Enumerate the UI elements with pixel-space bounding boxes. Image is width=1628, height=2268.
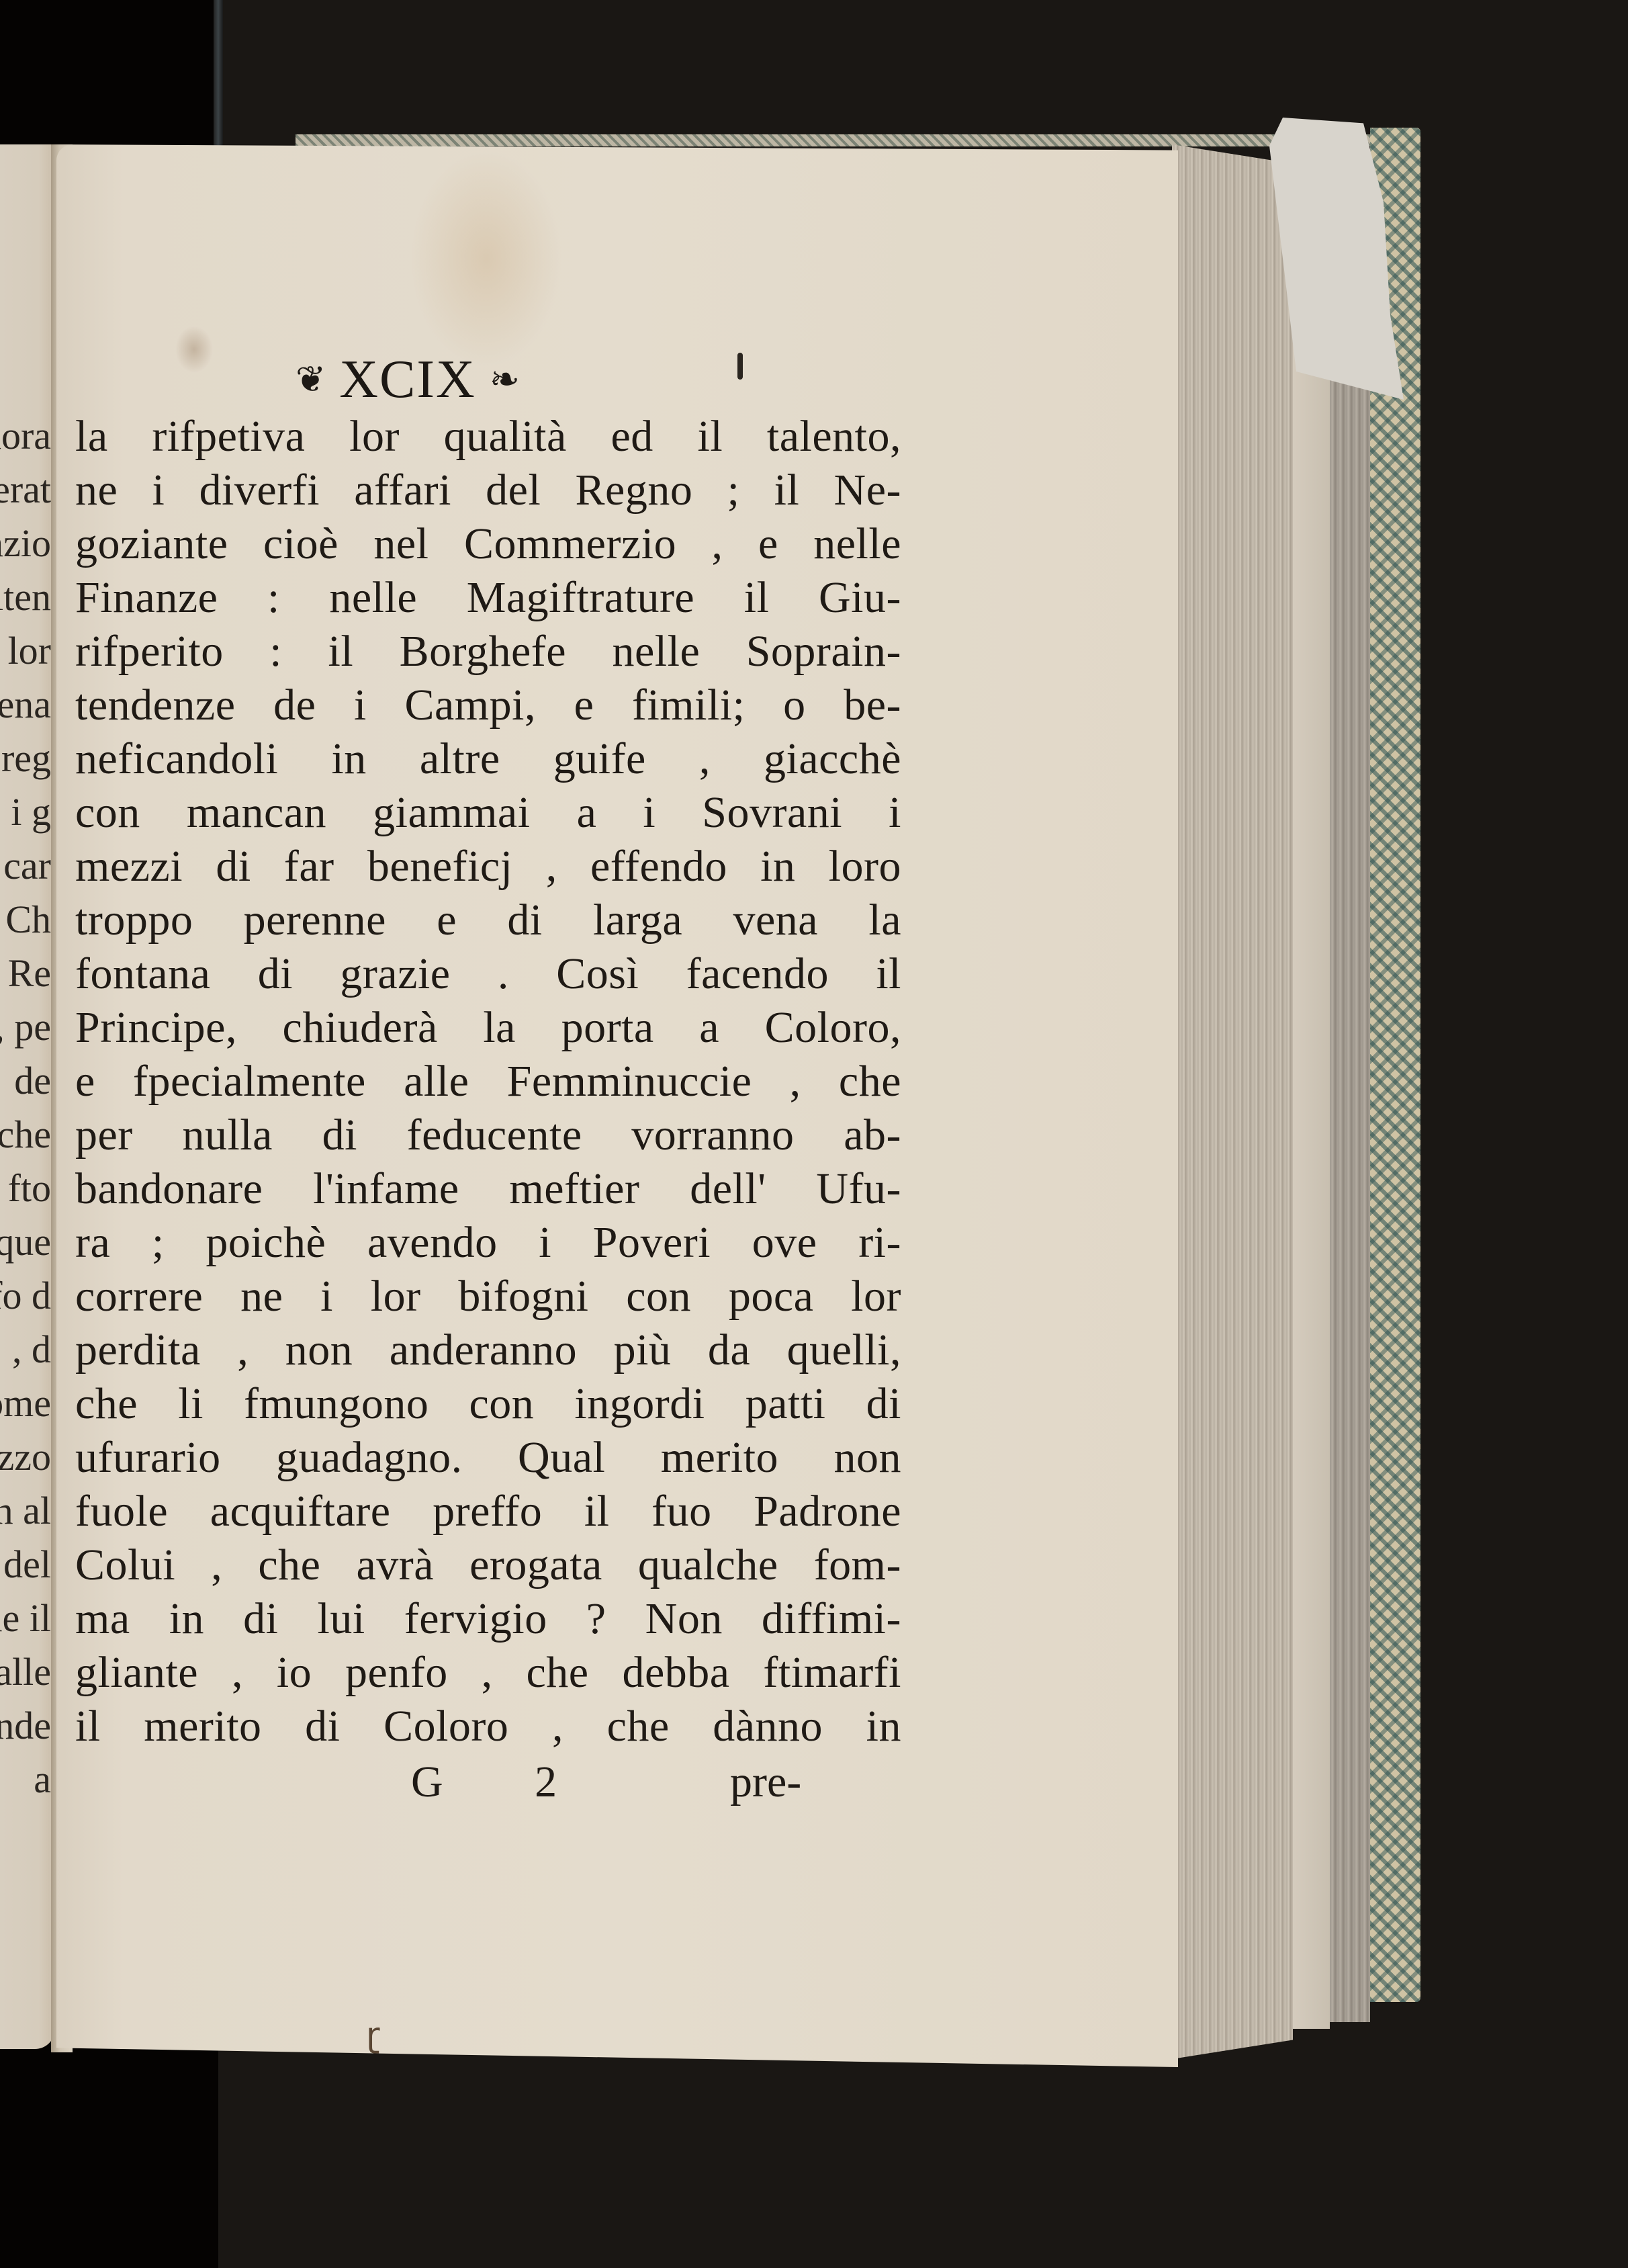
facing-page-fragment: , d (12, 1330, 51, 1369)
facing-page-fragment: nzio (0, 524, 51, 563)
marbled-cover-edge (1370, 128, 1420, 2002)
facing-page-fragment: que (0, 1223, 51, 1262)
text-line: gliante , io penfo , che debba ftimarfi (75, 1646, 901, 1700)
text-line: ma in di lui fervigio ? Non diffimi- (75, 1592, 901, 1646)
facing-page-fragment: alle (0, 1653, 51, 1692)
stray-ink-mark (737, 353, 743, 380)
text-line: fuole acquiftare preffo il fuo Padrone (75, 1485, 901, 1538)
ornament-right-icon: ❧ (490, 361, 520, 398)
text-line: tendenze de i Campi, e fimili; o be- (75, 679, 901, 732)
facing-page-fragment: fo d (0, 1276, 51, 1315)
page-block-edge-middle (1290, 161, 1330, 2029)
catchword: pre- (730, 1757, 801, 1808)
facing-page-fragment: o del (0, 1545, 51, 1584)
text-line: il merito di Coloro , che dànno in (75, 1700, 901, 1753)
running-header: ❦ XCIX ❧ (296, 349, 520, 410)
ornament-left-icon: ❦ (296, 361, 326, 398)
facing-page-fragment: ezzo (0, 1438, 51, 1477)
text-line: mezzi di far beneficj , effendo in loro (75, 840, 901, 893)
text-line: correre ne i lor bifogni con poca lor (75, 1270, 901, 1323)
text-line: goziante cioè nel Commerzio , e nelle (75, 517, 901, 571)
facing-page-fragment: lor (8, 631, 51, 670)
facing-page-fragment: car (3, 846, 51, 885)
facing-page-fragment: che (0, 1115, 51, 1154)
facing-page-fragment: Re (8, 954, 51, 993)
text-line: rifperito : il Borghefe nelle Soprain- (75, 625, 901, 679)
facing-page-fragment: i g (11, 793, 51, 832)
text-line: Colui , che avrà erogata qualche fom- (75, 1538, 901, 1592)
text-line: ufurario guadagno. Qual merito non (75, 1431, 901, 1485)
facing-page-fragment: a (34, 1760, 51, 1799)
facing-page: noraeratnzioritenlorenaoregi gcarChRe, p… (0, 144, 55, 2049)
facing-page-fragment: n al (0, 1491, 51, 1530)
glass-plate-edge (214, 0, 223, 148)
facing-page-fragment: oreg (0, 739, 51, 778)
pencil-margin-mark: ɽ (366, 2015, 380, 2054)
marbled-cover-top (296, 134, 1384, 146)
facing-page-fragment: erat (0, 470, 51, 509)
text-line: che li fmungono con ingordi patti di (75, 1377, 901, 1431)
page-footer: G 2 pre- (75, 1757, 901, 1811)
text-line: e fpecialmente alle Femminuccie , che (75, 1055, 901, 1108)
facing-page-fragment: come (0, 1384, 51, 1423)
page-block-edge (1172, 144, 1293, 2059)
page-block-edge-outer (1330, 168, 1370, 2022)
facing-page-fragment: Ch (5, 900, 51, 939)
facing-page-fragment: nora (0, 417, 51, 455)
text-line: perdita , non anderanno più da quelli, (75, 1323, 901, 1377)
text-line: bandonare l'infame meftier dell' Ufu- (75, 1162, 901, 1216)
body-text: la rifpetiva lor qualità ed il talento, … (75, 410, 901, 1753)
text-line: Finanze : nelle Magiftrature il Giu- (75, 571, 901, 625)
text-line: troppo perenne e di larga vena la (75, 893, 901, 947)
text-line: ra ; poichè avendo i Poveri ove ri- (75, 1216, 901, 1270)
text-line: la rifpetiva lor qualità ed il talento, (75, 410, 901, 464)
signature-mark: G 2 (411, 1757, 597, 1808)
text-line: con mancan giammai a i Sovrani i (75, 786, 901, 840)
facing-page-fragment: , pe (0, 1008, 51, 1047)
page-number: XCIX (339, 353, 476, 406)
text-line: ne i diverfi affari del Regno ; il Ne- (75, 464, 901, 517)
text-line: neficandoli in altre guife , giacchè (75, 732, 901, 786)
text-line: Principe, chiuderà la porta a Coloro, (75, 1001, 901, 1055)
facing-page-fragment: de (14, 1061, 51, 1100)
facing-page-fragment: riten (0, 578, 51, 617)
text-line: per nulla di feducente vorranno ab- (75, 1108, 901, 1162)
facing-page-fragment: onde (0, 1706, 51, 1745)
facing-page-fragment: ne il (0, 1599, 51, 1638)
text-line: fontana di grazie . Così facendo il (75, 947, 901, 1001)
facing-page-fragment: fto (8, 1169, 51, 1208)
facing-page-fragment: ena (0, 685, 51, 724)
